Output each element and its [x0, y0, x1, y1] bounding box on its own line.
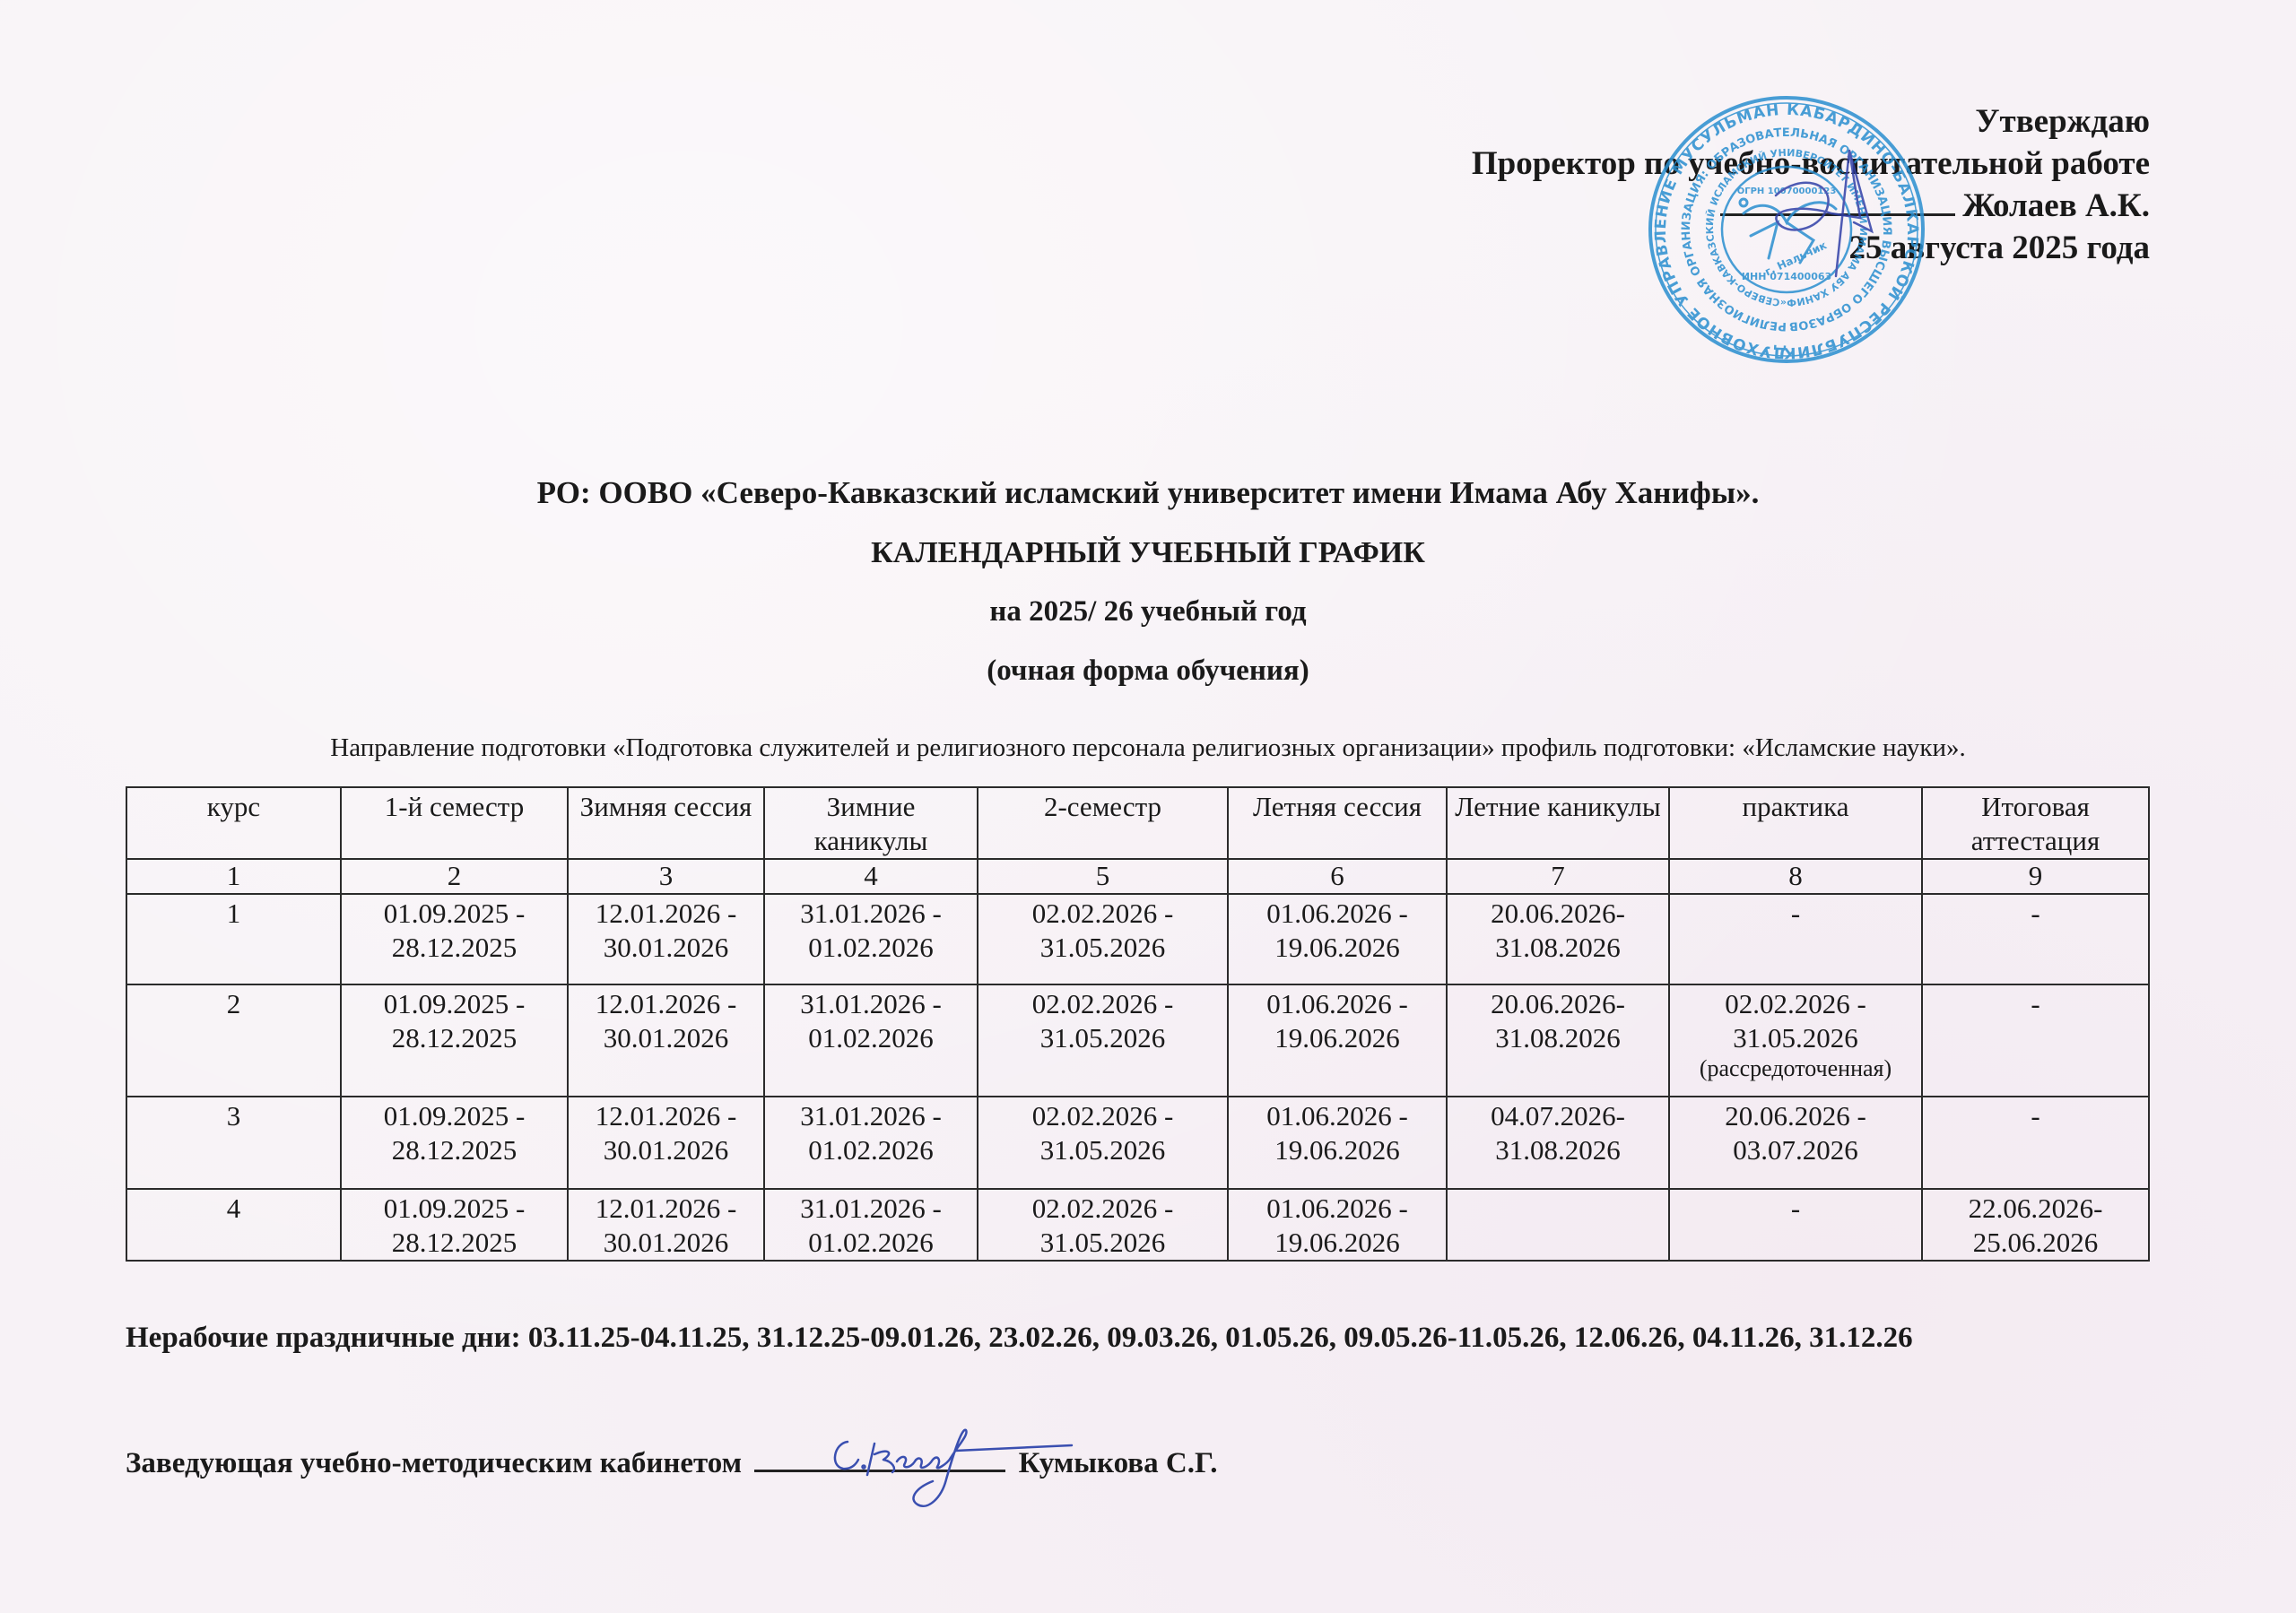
column-header-final-attestation: Итоговая аттестация	[1922, 787, 2149, 859]
column-number: 4	[764, 859, 978, 894]
summer-break-cell: 04.07.2026- 31.08.2026	[1447, 1097, 1669, 1189]
table-row: 1 01.09.2025 - 28.12.2025 12.01.2026 - 3…	[126, 894, 2149, 984]
signoff-role: Заведующая учебно-методическим кабинетом	[126, 1447, 742, 1479]
course-cell: 1	[126, 894, 341, 984]
course-cell: 2	[126, 984, 341, 1097]
semester1-cell: 01.09.2025 - 28.12.2025	[341, 1097, 568, 1189]
winter-session-cell: 12.01.2026 - 30.01.2026	[568, 1097, 764, 1189]
column-header-winter-break: Зимние каникулы	[764, 787, 978, 859]
practice-dates: 20.06.2026 - 03.07.2026	[1725, 1100, 1866, 1166]
semester1-cell: 01.09.2025 - 28.12.2025	[341, 894, 568, 984]
approval-block: Утверждаю Проректор по учебно-воспитател…	[1472, 100, 2150, 269]
practice-cell: -	[1669, 894, 1922, 984]
final-attestation-cell: -	[1922, 894, 2149, 984]
semester1-cell: 01.09.2025 - 28.12.2025	[341, 984, 568, 1097]
schedule-table: курс 1-й семестр Зимняя сессия Зимние ка…	[126, 786, 2150, 1262]
table-row: 2 01.09.2025 - 28.12.2025 12.01.2026 - 3…	[126, 984, 2149, 1097]
semester2-cell: 02.02.2026 - 31.05.2026	[978, 894, 1228, 984]
column-number: 2	[341, 859, 568, 894]
summer-session-cell: 01.06.2026 - 19.06.2026	[1228, 1189, 1447, 1261]
table-row: 3 01.09.2025 - 28.12.2025 12.01.2026 - 3…	[126, 1097, 2149, 1189]
signoff-signature-line	[754, 1444, 1005, 1472]
summer-session-cell: 01.06.2026 - 19.06.2026	[1228, 984, 1447, 1097]
practice-cell: 02.02.2026 - 31.05.2026(рассредоточенная…	[1669, 984, 1922, 1097]
course-cell: 4	[126, 1189, 341, 1261]
practice-dates: 02.02.2026 - 31.05.2026	[1725, 988, 1866, 1054]
approval-name: Жолаев А.К.	[1962, 187, 2150, 224]
column-number: 6	[1228, 859, 1447, 894]
semester2-cell: 02.02.2026 - 31.05.2026	[978, 984, 1228, 1097]
approval-heading: Утверждаю	[1472, 100, 2150, 143]
column-header-summer-break: Летние каникулы	[1447, 787, 1669, 859]
stamp-inn: ИНН 071400063	[1742, 271, 1831, 282]
column-header-semester2: 2-семестр	[978, 787, 1228, 859]
column-number: 7	[1447, 859, 1669, 894]
column-number: 5	[978, 859, 1228, 894]
column-header-semester1: 1-й семестр	[341, 787, 568, 859]
document-title: КАЛЕНДАРНЫЙ УЧЕБНЫЙ ГРАФИК	[0, 536, 2296, 570]
summer-break-cell	[1447, 1189, 1669, 1261]
semester2-cell: 02.02.2026 - 31.05.2026	[978, 1189, 1228, 1261]
column-number: 3	[568, 859, 764, 894]
semester2-cell: 02.02.2026 - 31.05.2026	[978, 1097, 1228, 1189]
training-direction: Направление подготовки «Подготовка служи…	[0, 733, 2296, 763]
approval-date: 25 августа 2025 года	[1472, 227, 2150, 269]
summer-break-cell: 20.06.2026- 31.08.2026	[1447, 984, 1669, 1097]
winter-session-cell: 12.01.2026 - 30.01.2026	[568, 984, 764, 1097]
column-header-winter-session: Зимняя сессия	[568, 787, 764, 859]
summer-break-cell: 20.06.2026- 31.08.2026	[1447, 894, 1669, 984]
table-row: 4 01.09.2025 - 28.12.2025 12.01.2026 - 3…	[126, 1189, 2149, 1261]
column-number: 1	[126, 859, 341, 894]
organization-name: РО: ООВО «Северо-Кавказский исламский ун…	[0, 475, 2296, 511]
column-header-summer-session: Летняя сессия	[1228, 787, 1447, 859]
final-attestation-cell: 22.06.2026- 25.06.2026	[1922, 1189, 2149, 1261]
column-header-practice: практика	[1669, 787, 1922, 859]
column-number: 8	[1669, 859, 1922, 894]
column-number: 9	[1922, 859, 2149, 894]
signoff-line: Заведующая учебно-методическим кабинетом…	[126, 1444, 1217, 1480]
winter-break-cell: 31.01.2026 - 01.02.2026	[764, 1189, 978, 1261]
approval-position: Проректор по учебно-воспитательной работ…	[1472, 143, 2150, 185]
winter-session-cell: 12.01.2026 - 30.01.2026	[568, 1189, 764, 1261]
summer-session-cell: 01.06.2026 - 19.06.2026	[1228, 894, 1447, 984]
summer-session-cell: 01.06.2026 - 19.06.2026	[1228, 1097, 1447, 1189]
practice-note: (рассредоточенная)	[1675, 1055, 1916, 1082]
practice-dates: -	[1791, 898, 1800, 929]
course-cell: 3	[126, 1097, 341, 1189]
column-header-course: курс	[126, 787, 341, 859]
academic-year: на 2025/ 26 учебный год	[0, 595, 2296, 629]
semester1-cell: 01.09.2025 - 28.12.2025	[341, 1189, 568, 1261]
final-attestation-cell: -	[1922, 984, 2149, 1097]
study-form: (очная форма обучения)	[0, 655, 2296, 688]
practice-cell: 20.06.2026 - 03.07.2026	[1669, 1097, 1922, 1189]
final-attestation-cell: -	[1922, 1097, 2149, 1189]
approval-signature-line	[1720, 186, 1955, 216]
practice-cell: -	[1669, 1189, 1922, 1261]
winter-break-cell: 31.01.2026 - 01.02.2026	[764, 984, 978, 1097]
signoff-name: Кумыкова С.Г.	[1019, 1447, 1218, 1479]
winter-break-cell: 31.01.2026 - 01.02.2026	[764, 894, 978, 984]
winter-break-cell: 31.01.2026 - 01.02.2026	[764, 1097, 978, 1189]
table-header-row: курс 1-й семестр Зимняя сессия Зимние ка…	[126, 787, 2149, 859]
column-number-row: 1 2 3 4 5 6 7 8 9	[126, 859, 2149, 894]
non-working-holidays: Нерабочие праздничные дни: 03.11.25-04.1…	[126, 1322, 1913, 1355]
winter-session-cell: 12.01.2026 - 30.01.2026	[568, 894, 764, 984]
approval-signer: Жолаев А.К.	[1472, 185, 2150, 227]
practice-dates: -	[1791, 1192, 1800, 1224]
